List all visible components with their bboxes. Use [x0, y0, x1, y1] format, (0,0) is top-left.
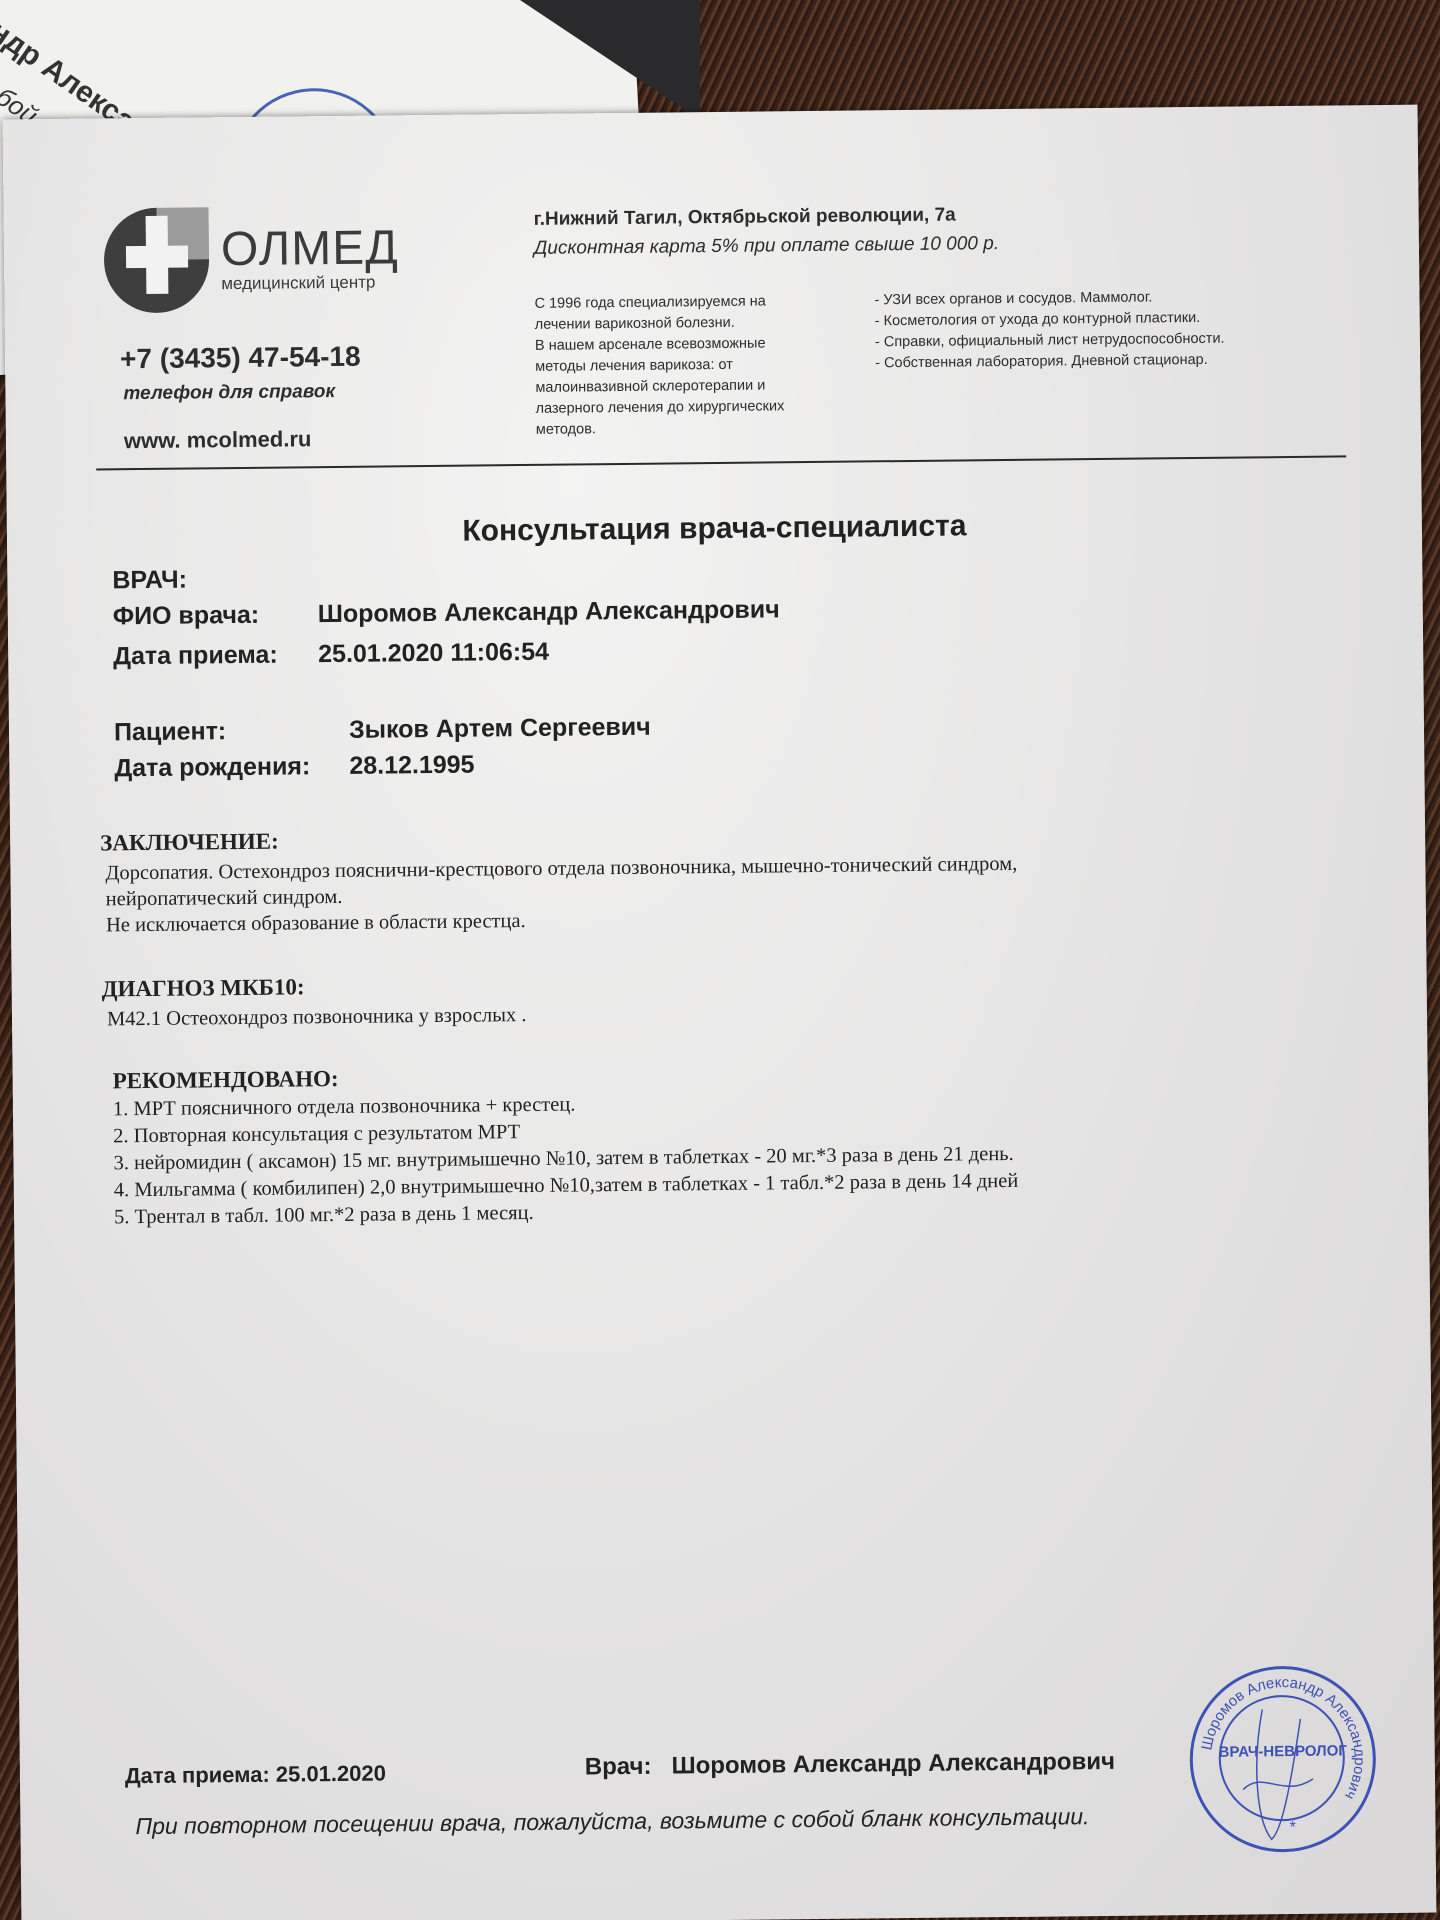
- birth-date: 28.12.1995: [349, 751, 474, 781]
- doctor-name-label: ФИО врача:: [113, 601, 260, 632]
- doctor-heading: ВРАЧ:: [112, 566, 187, 596]
- visit-date-label: Дата приема:: [113, 641, 278, 672]
- birth-date-label: Дата рождения:: [114, 752, 310, 783]
- header-divider: [96, 455, 1346, 470]
- clinic-logo: ОЛМЕД медицинский центр: [104, 205, 400, 313]
- discount-note: Дисконтная карта 5% при оплате свыше 10 …: [534, 233, 999, 260]
- background-dark-object: [520, 0, 700, 120]
- stamp-center-text: ВРАЧ-НЕВРОЛОГ: [1205, 1742, 1361, 1761]
- doctor-name: Шоромов Александр Александрович: [318, 595, 780, 629]
- clinic-subtitle: медицинский центр: [221, 272, 399, 294]
- clinic-services: - УЗИ всех органов и сосудов. Маммолог. …: [874, 286, 1335, 375]
- clinic-website: www. mcolmed.ru: [124, 426, 312, 454]
- clinic-phone: +7 (3435) 47-54-18: [120, 341, 361, 376]
- conclusion-text: Дорсопатия. Остехондроз пояснични-крестц…: [105, 851, 1018, 939]
- doctor-stamp: Шоромов Александр Александрович ВРАЧ-НЕВ…: [1189, 1665, 1377, 1853]
- medical-cross-logo-icon: [104, 207, 210, 313]
- footer-doctor: Врач: Шоромов Александр Александрович: [585, 1748, 1115, 1782]
- clinic-address: г.Нижний Тагил, Октябрьской революции, 7…: [534, 204, 956, 230]
- patient-name: Зыков Артем Сергеевич: [349, 713, 651, 745]
- footer-visit-date: Дата приема: 25.01.2020: [125, 1761, 386, 1790]
- recommendations-heading: РЕКОМЕНДОВАНО:: [113, 1066, 339, 1094]
- footer-note: При повторном посещении врача, пожалуйст…: [135, 1803, 1089, 1840]
- patient-label: Пациент:: [114, 717, 226, 747]
- footer-doctor-name: Шоромов Александр Александрович: [671, 1748, 1115, 1780]
- conclusion-heading: ЗАКЛЮЧЕНИЕ:: [100, 829, 279, 857]
- star-icon: *: [1289, 1819, 1295, 1837]
- visit-datetime: 25.01.2020 11:06:54: [318, 638, 549, 669]
- clinic-name: ОЛМЕД: [221, 224, 399, 274]
- consultation-form: ОЛМЕД медицинский центр +7 (3435) 47-54-…: [3, 105, 1437, 1920]
- document-title: Консультация врача-специалиста: [7, 505, 1422, 554]
- diagnosis-heading: ДИАГНОЗ МКБ10:: [102, 974, 305, 1002]
- phone-caption: телефон для справок: [123, 381, 335, 405]
- recommendations-list: 1. МРТ поясничного отдела позвоночника +…: [113, 1087, 1019, 1231]
- service-item: - Собственная лаборатория. Дневной стаци…: [875, 349, 1335, 375]
- clinic-about: С 1996 года специализируемся на лечении …: [534, 290, 876, 441]
- footer-doctor-label: Врач:: [585, 1753, 652, 1781]
- diagnosis-text: М42.1 Остеохондроз позвоночника у взросл…: [107, 1002, 527, 1032]
